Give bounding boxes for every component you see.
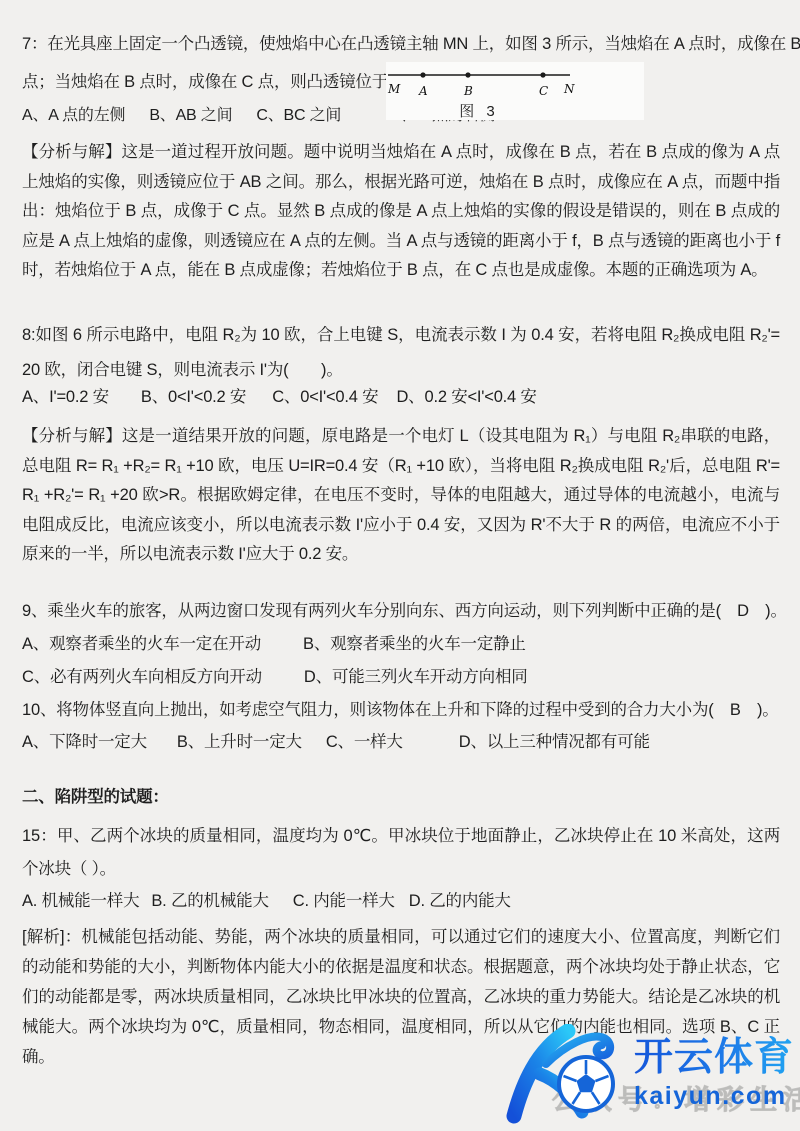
q15-option-a: A. 机械能一样大 (22, 890, 139, 914)
q10-options-row: A、下降时一定大 B、上升时一定大 C、一样大 D、以上三种情况都有可能 (22, 731, 780, 755)
q9-option-c: C、必有两列火车向相反方向开动 (22, 666, 262, 690)
q8-option-b: B、0<I'<0.2 安 (141, 386, 246, 410)
q9-stem: 9、乘坐火车的旅客，从两边窗口发现有两列火车分别向东、西方向运动，则下列判断中正… (22, 600, 780, 624)
q7-analysis: 【分析与解】这是一道过程开放问题。题中说明当烛焰在 A 点时，成像在 B 点，若… (22, 138, 780, 286)
axis-label-b: B (463, 84, 473, 98)
q9-option-b: B、观察者乘坐的火车一定静止 (303, 633, 526, 657)
q9-option-d: D、可能三列火车开动方向相同 (304, 666, 528, 690)
q10-option-d: D、以上三种情况都有可能 (459, 731, 650, 755)
q7-option-c: C、BC 之间 (256, 104, 341, 127)
optical-axis-diagram: M A B C N (386, 62, 644, 120)
q8-options-row: A、I'=0.2 安 B、0<I'<0.2 安 C、0<I'<0.4 安 D、0… (22, 386, 780, 410)
logo-url: kaiyun.com (634, 1082, 798, 1111)
q8-stem: 8:如图 6 所示电路中，电阻 R₂为 10 欧，合上电键 S，电流表示数 I … (22, 318, 780, 388)
q10-option-c: C、一样大 (326, 731, 403, 755)
section-2-title: 二、陷阱型的试题： (22, 786, 780, 810)
q9-options-row1: A、观察者乘坐的火车一定在开动 B、观察者乘坐的火车一定静止 (22, 633, 780, 657)
axis-label-a: A (418, 84, 428, 98)
point-b-dot (465, 72, 470, 77)
q8-option-c: C、0<I'<0.4 安 (272, 386, 378, 410)
q15-option-d: D. 乙的内能大 (409, 890, 511, 914)
q15-options-row: A. 机械能一样大 B. 乙的机械能大 C. 内能一样大 D. 乙的内能大 (22, 890, 780, 914)
axis-label-n: N (563, 82, 575, 96)
q8-option-a: A、I'=0.2 安 (22, 386, 109, 410)
q9-options-row2: C、必有两列火车向相反方向开动 D、可能三列火车开动方向相同 (22, 666, 780, 690)
logo-text-cn: 开云体育 (634, 1036, 798, 1080)
axis-label-c: C (539, 84, 548, 98)
q7-option-a: A、A 点的左侧 (22, 104, 125, 127)
point-c-dot (540, 72, 545, 77)
q7-stem-line1: 7：在光具座上固定一个凸透镜，使烛焰中心在凸透镜主轴 MN 上，如图 3 所示，… (22, 33, 780, 57)
scanned-exam-page: 7：在光具座上固定一个凸透镜，使烛焰中心在凸透镜主轴 MN 上，如图 3 所示，… (0, 0, 800, 1131)
q15-option-b: B. 乙的机械能大 (151, 890, 268, 914)
q15-option-c: C. 内能一样大 (293, 890, 395, 914)
q10-stem: 10、将物体竖直向上抛出，如考虑空气阻力，则该物体在上升和下降的过程中受到的合力… (22, 699, 780, 723)
q15-stem: 15：甲、乙两个冰块的质量相同，温度均为 0℃。甲冰块位于地面静止，乙冰块停止在… (22, 820, 780, 886)
q8-option-d: D、0.2 安<I'<0.4 安 (396, 386, 536, 410)
figure-3: M A B C N 图 3 (386, 62, 644, 120)
q8-analysis: 【分析与解】这是一道结果开放的问题，原电路是一个电灯 L（设其电阻为 R₁）与电… (22, 422, 780, 570)
q7-option-b: B、AB 之间 (149, 104, 232, 127)
soccer-ball-icon (559, 1057, 613, 1111)
logo-text-block: 开云体育 kaiyun.com (634, 1036, 798, 1111)
kaiyun-logo: 开云体育 kaiyun.com (498, 1022, 798, 1126)
q10-option-a: A、下降时一定大 (22, 731, 147, 755)
axis-label-m: M (387, 82, 401, 96)
q9-option-a: A、观察者乘坐的火车一定在开动 (22, 633, 261, 657)
point-a-dot (420, 72, 425, 77)
q10-option-b: B、上升时一定大 (177, 731, 302, 755)
figure-3-caption: 图 3 (444, 100, 514, 121)
k-mark-icon (498, 1024, 632, 1124)
